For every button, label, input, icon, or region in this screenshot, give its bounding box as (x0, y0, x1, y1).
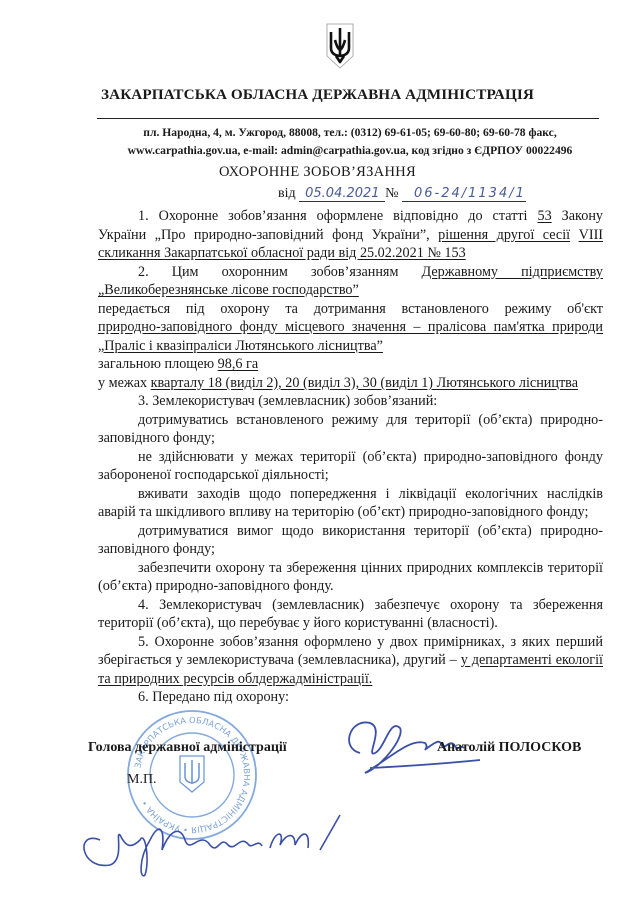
ref-prefix: від (278, 186, 296, 201)
paragraph-3-intro: 3. Землекористувач (землевласник) зобов’… (98, 392, 603, 411)
obligation-item: дотримуватись встановленого режиму для т… (98, 411, 603, 448)
document-body: 1. Охоронне зобов’язання оформлене відпо… (98, 207, 603, 707)
handwritten-number: 06-24/1134/1 (402, 186, 526, 202)
area-label: загальною площею (98, 356, 218, 372)
paragraph-2-object-name: „Праліс і квазіпраліси Лютянського лісни… (98, 337, 603, 356)
header-divider (97, 118, 599, 119)
paragraph-5: 5. Охоронне зобов’язання оформлено у дво… (98, 633, 603, 689)
p2-object-type: природно-заповідного фонду місцевого зна… (98, 319, 603, 335)
organization-title: ЗАКАРПАТСЬКА ОБЛАСНА ДЕРЖАВНА АДМІНІСТРА… (0, 86, 635, 104)
document-reference: від 05.04.2021№ 06-24/1134/1 (278, 186, 526, 202)
bounds-label: у межах (98, 375, 151, 391)
paragraph-6: 6. Передано під охорону: (98, 688, 603, 707)
p2-text: 2. Цим охоронним зобов’язанням (138, 264, 422, 280)
p1-decision-ref: рішення другої сесії (438, 227, 570, 243)
paragraph-4: 4. Землекористувач (землевласник) забезп… (98, 596, 603, 633)
obligation-item: не здійснювати у межах території (об’єкт… (98, 448, 603, 485)
stamp-place-label: М.П. (127, 772, 157, 788)
paragraph-1: 1. Охоронне зобов’язання оформлене відпо… (98, 207, 603, 263)
signer-name: Анатолій ПОЛОСКОВ (437, 740, 581, 756)
handwritten-date: 05.04.2021 (299, 186, 385, 202)
paragraph-2-enterprise: „Великоберезнянське лісове господарство” (98, 281, 603, 300)
p2-enterprise-name: „Великоберезнянське лісове господарство” (98, 282, 359, 298)
recipient-signature-icon (70, 800, 370, 880)
paragraph-2-bounds: у межах кварталу 18 (виділ 2), 20 (виділ… (98, 374, 603, 393)
p2-enterprise: Державному підприємству (422, 264, 604, 280)
obligation-item: дотримуватися вимог щодо використання те… (98, 522, 603, 559)
document-title: ОХОРОННЕ ЗОБОВ’ЯЗАННЯ (0, 164, 635, 181)
paragraph-2-transfer: передається під охорону та дотримання вс… (98, 300, 603, 319)
obligation-item: вживати заходів щодо попередження і лікв… (98, 485, 603, 522)
paragraph-2-object: природно-заповідного фонду місцевого зна… (98, 318, 603, 337)
trident-emblem-icon (325, 22, 355, 70)
number-sign: № (385, 186, 398, 201)
bounds-value: кварталу 18 (виділ 2), 20 (виділ 3), 30 … (151, 375, 578, 391)
contacts-address: пл. Народна, 4, м. Ужгород, 88008, тел.:… (80, 124, 620, 142)
area-value: 98,6 га (218, 356, 259, 372)
signer-title: Голова державної адміністрації (88, 740, 287, 756)
contacts-block: пл. Народна, 4, м. Ужгород, 88008, тел.:… (80, 124, 620, 160)
p1-article-ref: 53 (537, 208, 551, 224)
paragraph-2-line1: 2. Цим охоронним зобов’язанням Державном… (98, 263, 603, 282)
obligation-item: забезпечити охорону та збереження цінних… (98, 559, 603, 596)
paragraph-2-area: загальною площею 98,6 га (98, 355, 603, 374)
p2-object-name: „Праліс і квазіпраліси Лютянського лісни… (98, 338, 383, 354)
contacts-web: www.carpathia.gov.ua, e-mail: admin@carp… (80, 142, 620, 160)
p1-text: 1. Охоронне зобов’язання оформлене відпо… (138, 208, 537, 224)
